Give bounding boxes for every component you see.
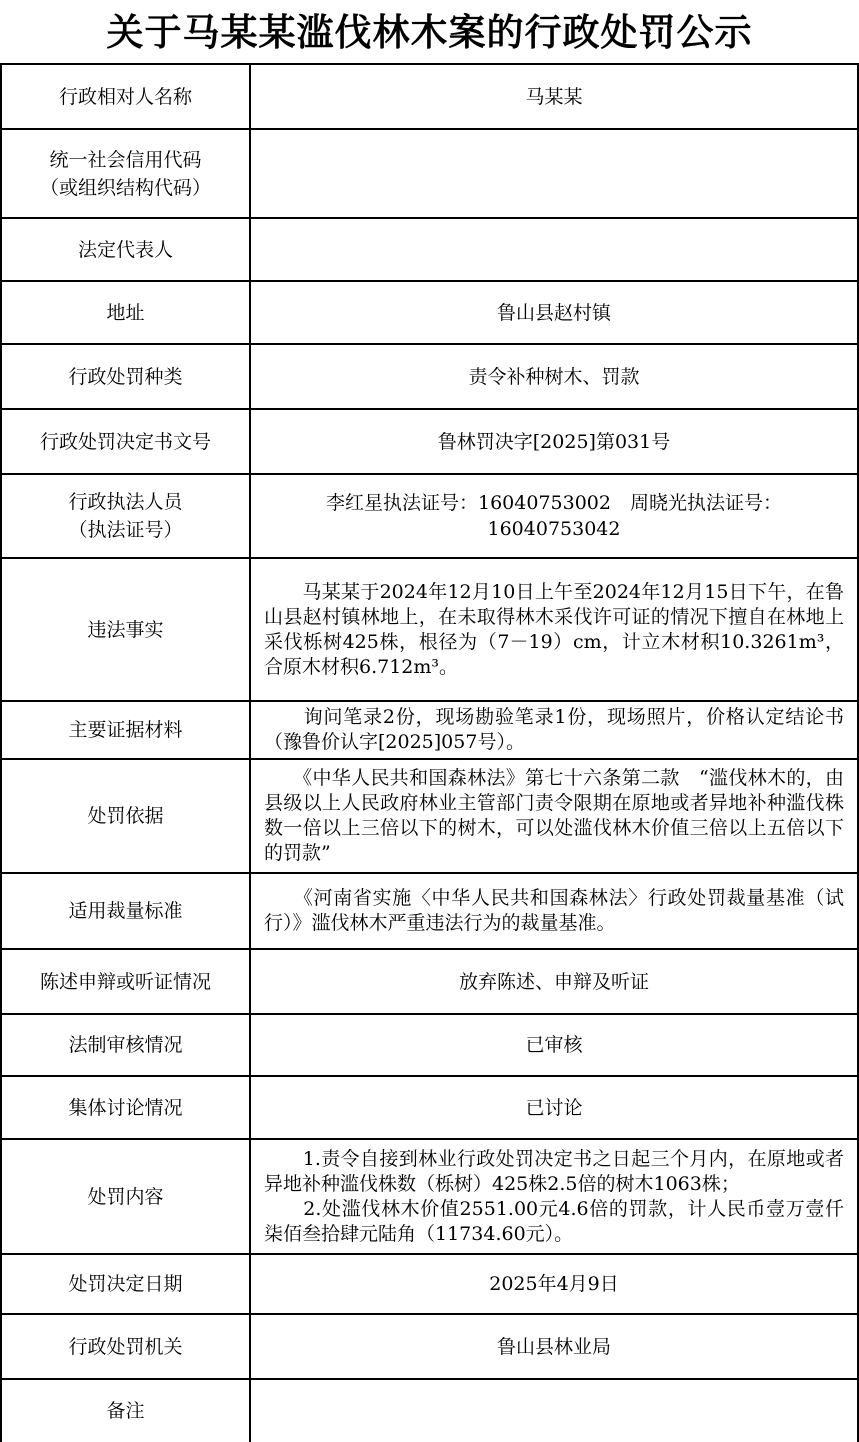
illegal-facts-value: 马某某于2024年12月10日上午至2024年12月15日下午，在鲁山县赵村镇林… [250,558,858,701]
row-decision-number: 行政处罚决定书文号 鲁林罚决字[2025]第031号 [1,409,858,474]
penalty-content-value: 1.责令自接到林业行政处罚决定书之日起三个月内，在原地或者异地补种滥伐株数（栎树… [250,1139,858,1254]
penalty-content-label: 处罚内容 [1,1139,250,1254]
penalty-basis-value: 《中华人民共和国森林法》第七十六条第二款 “滥伐林木的，由县级以上人民政府林业主… [250,759,858,873]
penalty-authority-label: 行政处罚机关 [1,1314,250,1379]
row-penalty-type: 行政处罚种类 责令补种树木、罚款 [1,344,858,409]
address-label: 地址 [1,281,250,344]
penalty-type-value: 责令补种树木、罚款 [250,344,858,409]
row-collective-discussion: 集体讨论情况 已讨论 [1,1076,858,1139]
remarks-label: 备注 [1,1379,250,1442]
evidence-materials-label: 主要证据材料 [1,701,250,759]
statement-hearing-value: 放弃陈述、申辩及听证 [250,949,858,1014]
decision-number-value: 鲁林罚决字[2025]第031号 [250,409,858,474]
collective-discussion-label: 集体讨论情况 [1,1076,250,1139]
row-credit-code: 统一社会信用代码 （或组织结构代码） [1,129,858,218]
subject-name-label: 行政相对人名称 [1,64,250,129]
decision-number-label: 行政处罚决定书文号 [1,409,250,474]
enforcement-officers-value: 李红星执法证号：16040753002 周晓光执法证号：16040753042 [250,474,858,558]
credit-code-value [250,129,858,218]
decision-date-label: 处罚决定日期 [1,1254,250,1314]
penalty-type-label: 行政处罚种类 [1,344,250,409]
penalty-authority-value: 鲁山县林业局 [250,1314,858,1379]
penalty-basis-label: 处罚依据 [1,759,250,873]
penalty-notice-document: 关于马某某滥伐林木案的行政处罚公示 行政相对人名称 马某某 统一社会信用代码 （… [0,0,859,1442]
row-address: 地址 鲁山县赵村镇 [1,281,858,344]
legal-representative-value [250,218,858,281]
row-penalty-authority: 行政处罚机关 鲁山县林业局 [1,1314,858,1379]
row-remarks: 备注 [1,1379,858,1442]
row-discretion-standard: 适用裁量标准 《河南省实施〈中华人民共和国森林法〉行政处罚裁量基准（试行）》滥伐… [1,873,858,949]
collective-discussion-value: 已讨论 [250,1076,858,1139]
discretion-standard-label: 适用裁量标准 [1,873,250,949]
row-penalty-basis: 处罚依据 《中华人民共和国森林法》第七十六条第二款 “滥伐林木的，由县级以上人民… [1,759,858,873]
row-subject-name: 行政相对人名称 马某某 [1,64,858,129]
row-enforcement-officers: 行政执法人员 （执法证号） 李红星执法证号：16040753002 周晓光执法证… [1,474,858,558]
legal-representative-label: 法定代表人 [1,218,250,281]
evidence-materials-value: 询问笔录2份，现场勘验笔录1份，现场照片，价格认定结论书（豫鲁价认字[2025]… [250,701,858,759]
decision-date-value: 2025年4月9日 [250,1254,858,1314]
row-decision-date: 处罚决定日期 2025年4月9日 [1,1254,858,1314]
subject-name-value: 马某某 [250,64,858,129]
enforcement-officers-label: 行政执法人员 （执法证号） [1,474,250,558]
remarks-value [250,1379,858,1442]
address-value: 鲁山县赵村镇 [250,281,858,344]
penalty-notice-table: 行政相对人名称 马某某 统一社会信用代码 （或组织结构代码） 法定代表人 地址 … [0,63,859,1442]
legal-review-value: 已审核 [250,1014,858,1076]
row-legal-representative: 法定代表人 [1,218,858,281]
row-penalty-content: 处罚内容 1.责令自接到林业行政处罚决定书之日起三个月内，在原地或者异地补种滥伐… [1,1139,858,1254]
row-evidence-materials: 主要证据材料 询问笔录2份，现场勘验笔录1份，现场照片，价格认定结论书（豫鲁价认… [1,701,858,759]
row-statement-hearing: 陈述申辩或听证情况 放弃陈述、申辩及听证 [1,949,858,1014]
statement-hearing-label: 陈述申辩或听证情况 [1,949,250,1014]
illegal-facts-label: 违法事实 [1,558,250,701]
page-title: 关于马某某滥伐林木案的行政处罚公示 [0,0,859,63]
discretion-standard-value: 《河南省实施〈中华人民共和国森林法〉行政处罚裁量基准（试行）》滥伐林木严重违法行… [250,873,858,949]
legal-review-label: 法制审核情况 [1,1014,250,1076]
row-legal-review: 法制审核情况 已审核 [1,1014,858,1076]
row-illegal-facts: 违法事实 马某某于2024年12月10日上午至2024年12月15日下午，在鲁山… [1,558,858,701]
credit-code-label: 统一社会信用代码 （或组织结构代码） [1,129,250,218]
